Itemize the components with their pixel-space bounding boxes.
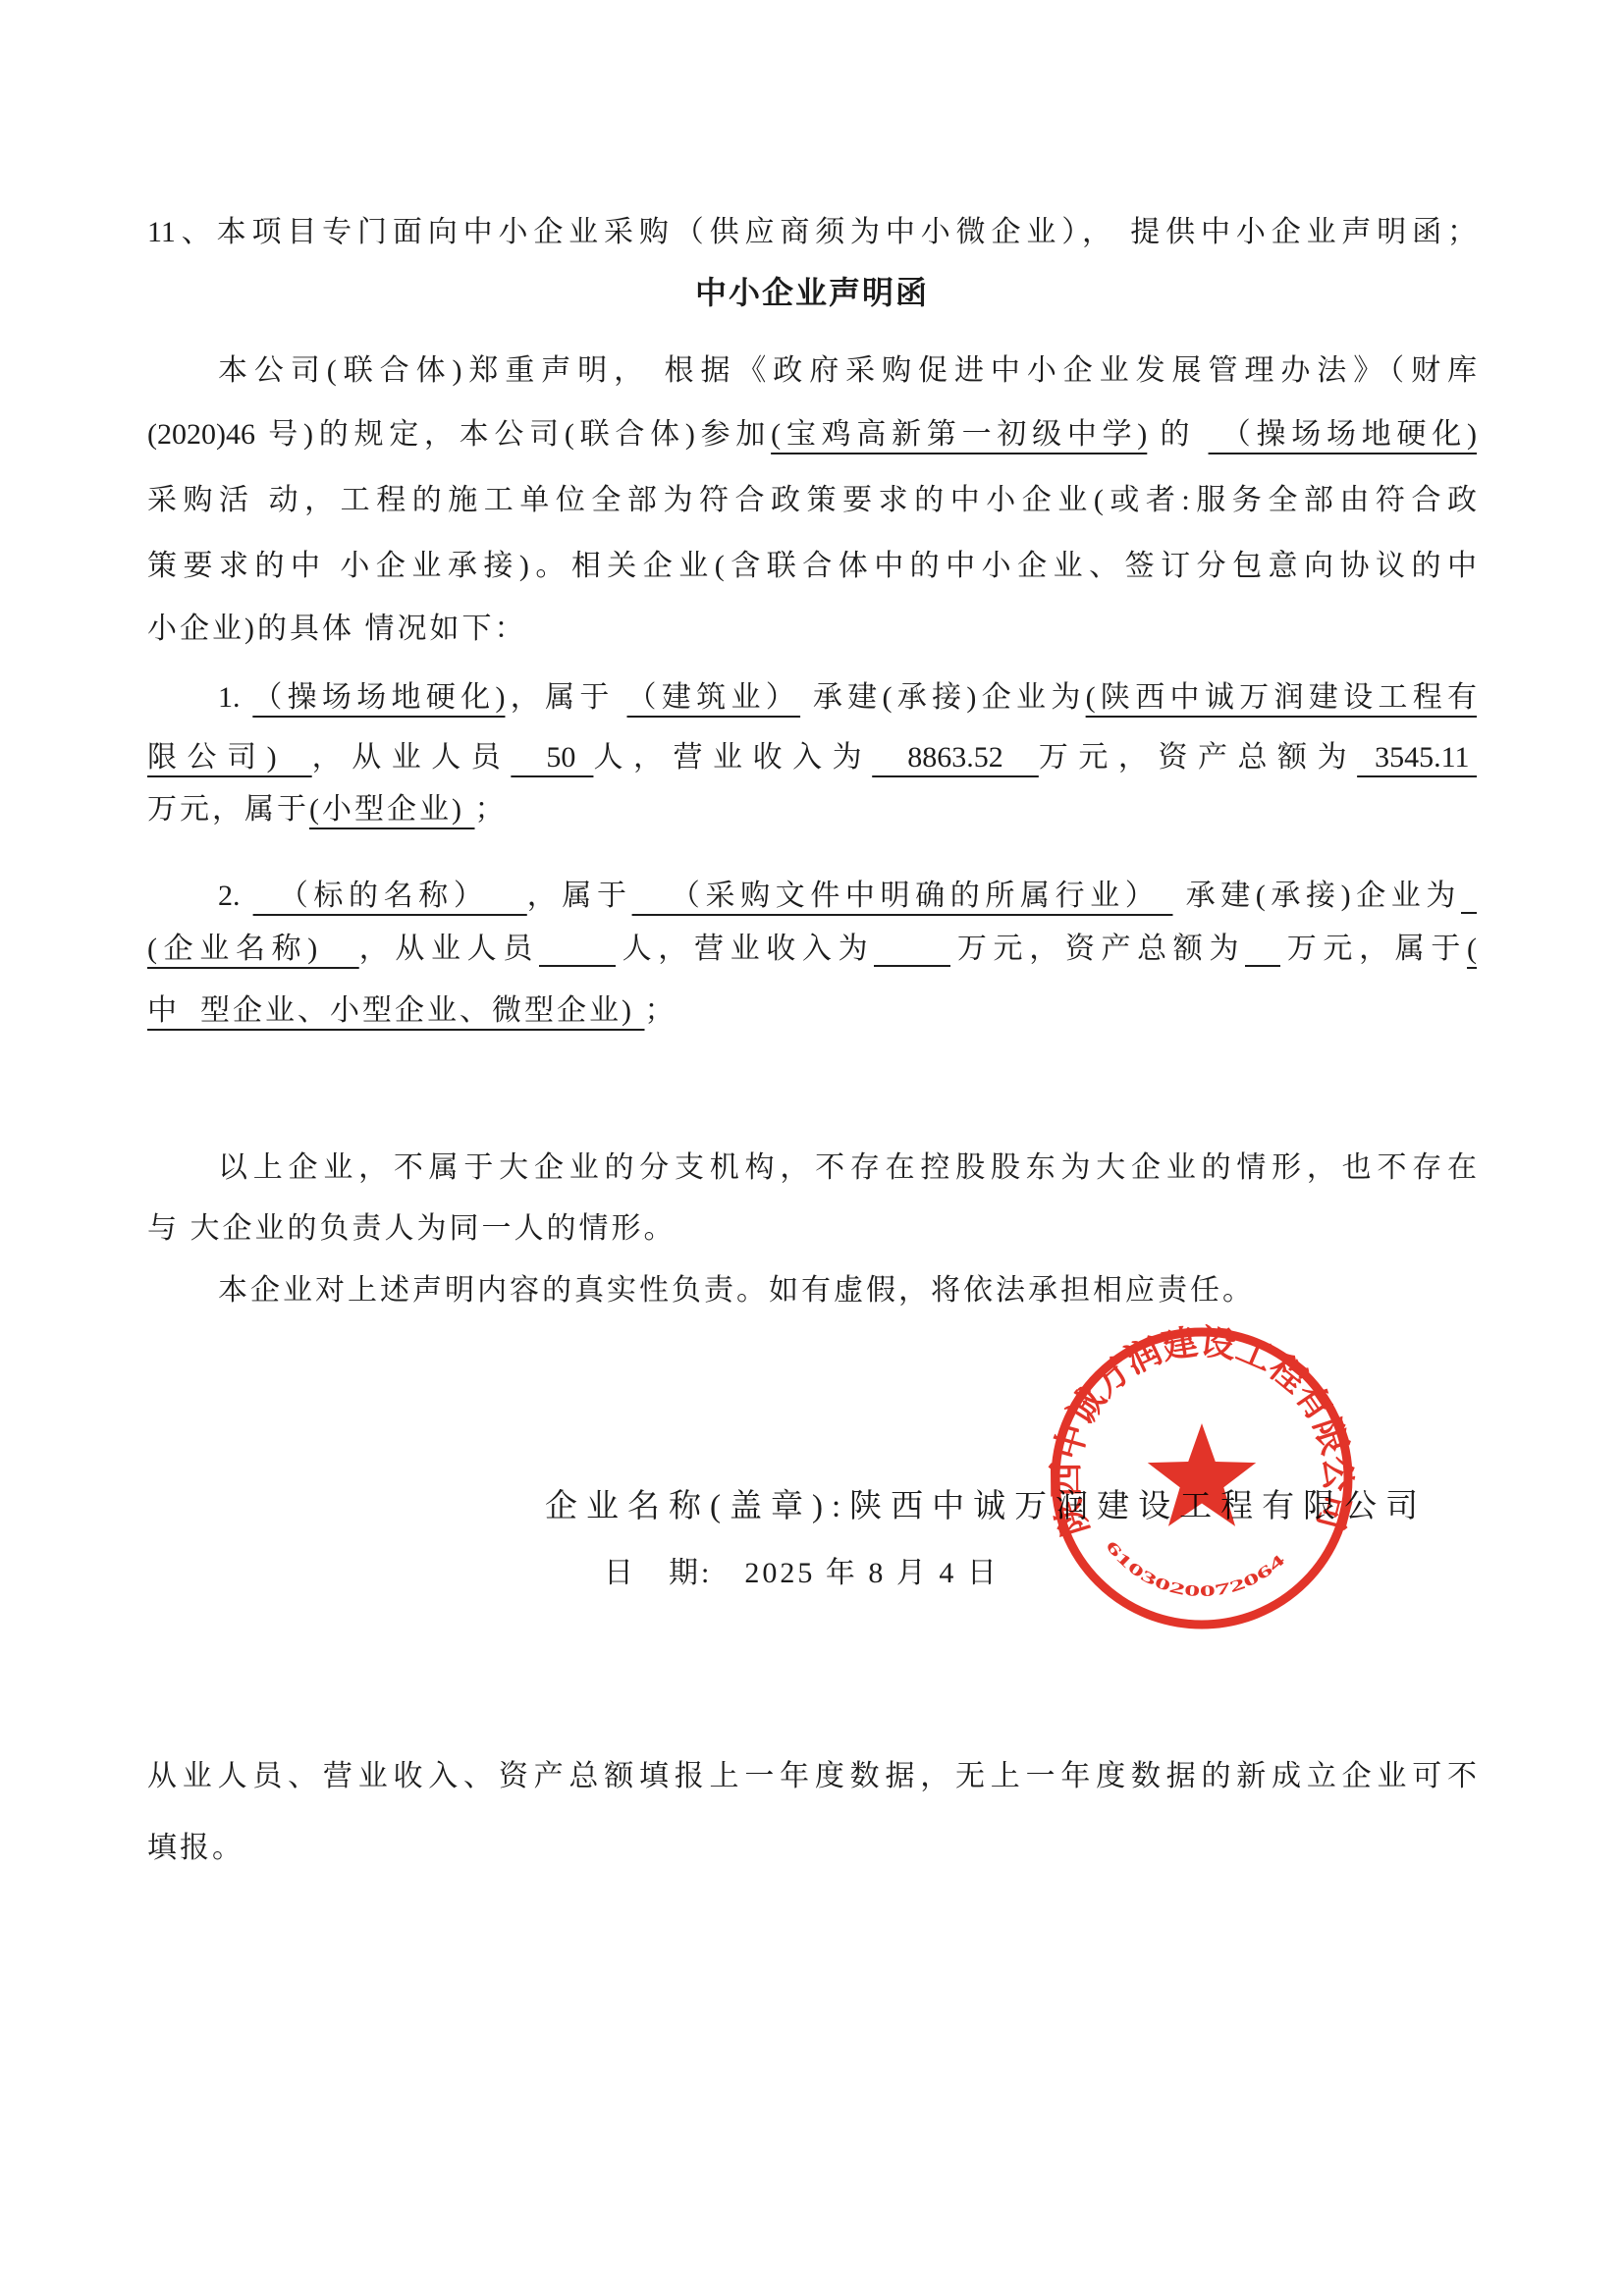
doc-line-5: 采购活 动，工程的施工单位全部为符合政策要求的中小企业(或者:服务全部由符合政 — [147, 478, 1477, 523]
doc-line-6: 策要求的中 小企业承接)。相关企业(含联合体中的中小企业、签订分包意向协议的中 — [147, 544, 1477, 589]
company-seal-stamp: 陕西中诚万润建设工程有限公司 6103020072064 — [1045, 1321, 1359, 1635]
document-page: 11、本项目专门面向中小企业采购（供应商须为中小微企业）， 提供中小企业声明函；… — [0, 0, 1624, 2296]
text-run: 人，营业收入为 — [593, 741, 872, 774]
doc-line-7: 小企业)的具体 情况如下： — [147, 607, 1477, 652]
seal-ring — [1056, 1332, 1348, 1625]
doc-line-8: 1. （操场场地硬化)，属于 （建筑业） 承建(承接)企业为(陕西中诚万润建设工… — [147, 675, 1477, 721]
doc-line-10: 万元，属于(小型企业) ； — [147, 787, 1477, 832]
underlined-text: (企业名称) — [147, 933, 359, 965]
doc-line-15: 与 大企业的负责人为同一人的情形。 — [147, 1206, 1477, 1252]
seal-serial-arc-text: 6103020072064 — [1102, 1538, 1288, 1600]
doc-line-19: 从业人员、营业收入、资产总额填报上一年度数据，无上一年度数据的新成立企业可不 — [147, 1754, 1477, 1799]
underlined-text: 中 型企业、小型企业、微型企业) — [147, 994, 645, 1027]
text-run: 策要求的中 小企业承接)。相关企业(含联合体中的中小企业、签订分包意向协议的中 — [147, 550, 1477, 582]
text-run: ，从业人员 — [312, 741, 512, 774]
underlined-text — [874, 935, 950, 967]
underlined-text: 限公司) — [147, 741, 312, 774]
text-run: 日 期: 2025 年 8 月 4 日 — [604, 1557, 1000, 1589]
underlined-text: （采购文件中明确的所属行业） — [632, 880, 1173, 912]
doc-line-16: 本企业对上述声明内容的真实性负责。如有虚假，将依法承担相应责任。 — [147, 1268, 1477, 1313]
text-run: 以上企业，不属于大企业的分支机构，不存在控股股东为大企业的情形，也不存在 — [218, 1151, 1477, 1184]
underlined-text: 8863.52 — [872, 741, 1039, 774]
doc-line-11: 2. （标的名称） ，属于 （采购文件中明确的所属行业） 承建(承接)企业为 — [147, 874, 1477, 919]
text-run: 小企业)的具体 情况如下： — [147, 613, 527, 645]
underlined-text: (陕西中诚万润建设工程有 — [1086, 681, 1477, 714]
text-run: 的 — [1147, 418, 1208, 451]
doc-line-14: 以上企业，不属于大企业的分支机构，不存在控股股东为大企业的情形，也不存在 — [147, 1146, 1477, 1191]
text-run: ； — [474, 793, 507, 826]
text-run: 1. — [218, 681, 252, 714]
doc-line-17: 企业名称(盖章):陕西中诚万润建设工程有限公司 — [545, 1484, 1427, 1529]
doc-line-3: 本公司(联合体)郑重声明， 根据《政府采购促进中小企业发展管理办法》（财库 — [147, 348, 1477, 394]
underlined-text — [1461, 882, 1477, 914]
doc-line-1: 11、本项目专门面向中小企业采购（供应商须为中小微企业）， 提供中小企业声明函； — [147, 210, 1477, 255]
text-run: 本企业对上述声明内容的真实性负责。如有虚假，将依法承担相应责任。 — [218, 1274, 1255, 1307]
underlined-text: 3545.11 — [1357, 741, 1477, 774]
text-run: 从业人员、营业收入、资产总额填报上一年度数据，无上一年度数据的新成立企业可不 — [147, 1760, 1477, 1792]
underlined-text: ( — [1467, 933, 1477, 965]
text-run: 采购活 动，工程的施工单位全部为符合政策要求的中小企业(或者:服务全部由符合政 — [147, 484, 1477, 516]
doc-line-18: 日 期: 2025 年 8 月 4 日 — [604, 1551, 1000, 1596]
underlined-text: (宝鸡高新第一初级中学) — [771, 418, 1147, 451]
text-run: 2. — [218, 880, 253, 912]
text-run: 万元，属于 — [147, 793, 309, 826]
text-run: 11、本项目专门面向中小企业采购（供应商须为中小微企业）， 提供中小企业声明函； — [147, 216, 1477, 248]
text-run: 填报。 — [147, 1832, 244, 1864]
text-run: ，从业人员 — [359, 933, 539, 965]
text-run: ； — [645, 994, 677, 1027]
text-run: 万元，属于 — [1280, 933, 1467, 965]
doc-line-20: 填报。 — [147, 1826, 1477, 1871]
underlined-text: (小型企业) — [309, 793, 474, 826]
doc-line-9: 限公司) ，从业人员 50 人，营业收入为 8863.52 万元，资产总额为 3… — [147, 735, 1477, 780]
underlined-text — [539, 935, 616, 967]
text-run: ，属于 — [505, 681, 626, 714]
text-run: 万元，资产总额为 — [950, 933, 1245, 965]
text-run: ，属于 — [527, 880, 632, 912]
text-run: 本公司(联合体)郑重声明， 根据《政府采购促进中小企业发展管理办法》（财库 — [218, 354, 1477, 387]
underlined-text: （建筑业） — [627, 681, 801, 714]
text-run: 企业名称(盖章):陕西中诚万润建设工程有限公司 — [545, 1489, 1427, 1524]
underlined-text: （操场场地硬化) — [252, 681, 505, 714]
text-run: (2020)46 号)的规定，本公司(联合体)参加 — [147, 418, 771, 451]
underlined-text: 50 — [511, 741, 593, 774]
text-run: 万元，资产总额为 — [1039, 741, 1357, 774]
seal-graphic: 陕西中诚万润建设工程有限公司 6103020072064 — [1045, 1321, 1359, 1635]
underlined-text: （操场场地硬化) — [1209, 418, 1477, 451]
doc-line-4: (2020)46 号)的规定，本公司(联合体)参加(宝鸡高新第一初级中学) 的 … — [147, 412, 1477, 457]
text-run: 承建(承接)企业为 — [800, 681, 1086, 714]
text-run: 中小企业声明函 — [695, 275, 929, 310]
doc-line-13: 中 型企业、小型企业、微型企业) ； — [147, 988, 1477, 1034]
doc-line-2: 中小企业声明函 — [147, 270, 1477, 315]
text-run: 承建(承接)企业为 — [1172, 880, 1461, 912]
doc-line-12: (企业名称) ，从业人员人，营业收入为万元，资产总额为万元，属于( — [147, 927, 1477, 972]
text-run: 人，营业收入为 — [616, 933, 874, 965]
underlined-text: （标的名称） — [253, 880, 527, 912]
text-run: 与 大企业的负责人为同一人的情形。 — [147, 1212, 677, 1245]
underlined-text — [1245, 935, 1280, 967]
